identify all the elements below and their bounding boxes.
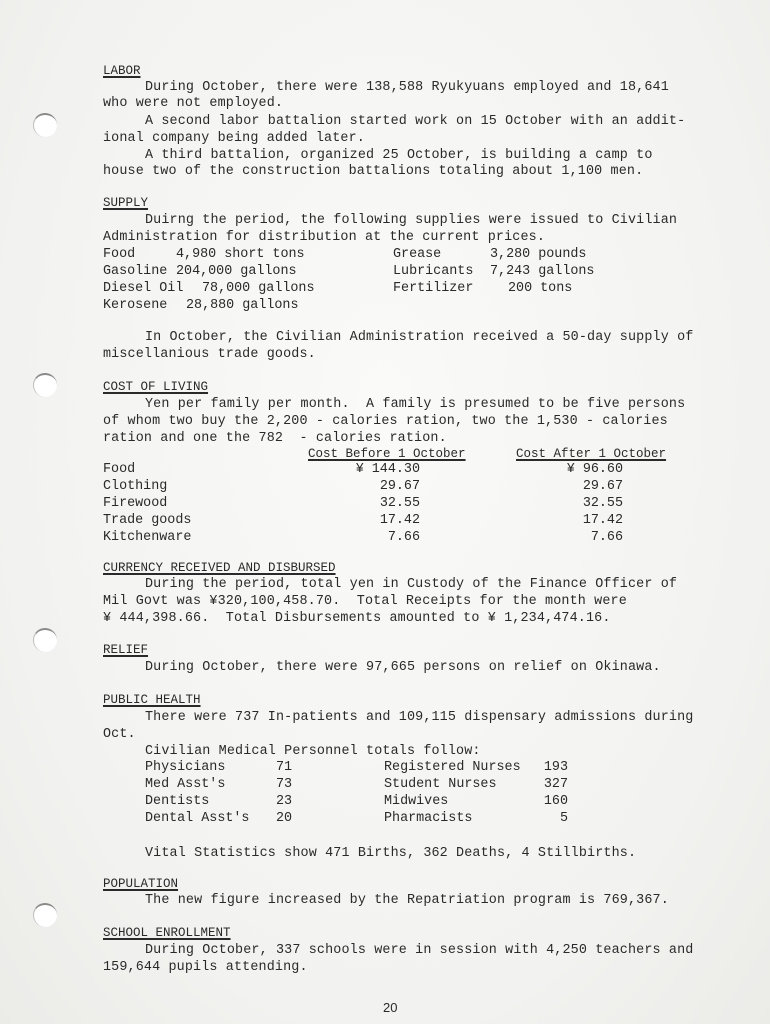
document-page: LABOR During October, there were 138,588… (0, 0, 770, 1024)
labor-line: A third battalion, organized 25 October,… (145, 148, 653, 164)
currency-line: During the period, total yen in Custody … (145, 577, 677, 593)
cost-row-after: 29.67 (510, 479, 623, 495)
supply-item-qty: 204,000 gallons (176, 264, 297, 280)
cost-row-before: 17.42 (310, 513, 420, 529)
cost-row-after: ¥ 96.60 (510, 462, 623, 478)
relief-line: During October, there were 97,665 person… (145, 660, 661, 676)
cost-row-before: 29.67 (310, 479, 420, 495)
supply-item-name: Diesel Oil (103, 281, 183, 297)
supply-item-name: Kerosene (103, 298, 167, 314)
cost-row-before: ¥ 144.30 (310, 462, 420, 478)
labor-line: During October, there were 138,588 Ryuky… (145, 80, 669, 96)
column-header-before: Cost Before 1 October (308, 447, 466, 461)
cost-row-item: Trade goods (103, 513, 191, 529)
supply-item-name: Food (103, 247, 135, 263)
labor-line: who were not employed. (103, 96, 283, 112)
supply-item-qty: 4,980 short tons (176, 247, 305, 263)
punch-hole (33, 903, 57, 927)
cost-row-item: Food (103, 462, 135, 478)
punch-hole (33, 113, 57, 137)
section-heading-population: POPULATION (103, 877, 178, 891)
cost-row-after: 17.42 (510, 513, 623, 529)
supply-item-name: Gasoline (103, 264, 167, 280)
cost-line: of whom two buy the 2,200 - calories rat… (103, 414, 668, 430)
health-line: Civilian Medical Personnel totals follow… (145, 744, 481, 760)
section-heading-labor: LABOR (103, 64, 141, 78)
supply-note-line: In October, the Civilian Administration … (145, 330, 693, 346)
personnel-count: 23 (276, 794, 292, 810)
currency-line: Mil Govt was ¥320,100,458.70. Total Rece… (103, 594, 627, 610)
cost-line: Yen per family per month. A family is pr… (145, 397, 685, 413)
supply-item-name: Fertilizer (393, 281, 473, 297)
personnel-count: 193 (530, 760, 568, 776)
supply-item-qty: 28,880 gallons (186, 298, 299, 314)
personnel-count: 5 (530, 811, 568, 827)
labor-line: ional company being added later. (103, 131, 365, 147)
supply-line: Administration for distribution at the c… (103, 230, 545, 246)
personnel-count: 73 (276, 777, 292, 793)
supply-item-name: Lubricants (393, 264, 473, 280)
personnel-title: Physicians (145, 760, 225, 776)
personnel-title: Student Nurses (384, 777, 497, 793)
personnel-title: Pharmacists (384, 811, 472, 827)
supply-line: Duirng the period, the following supplie… (145, 213, 677, 229)
cost-line: ration and one the 782 - calories ration… (103, 431, 447, 447)
cost-row-item: Firewood (103, 496, 167, 512)
currency-line: ¥ 444,398.66. Total Disbursements amount… (103, 611, 611, 627)
punch-hole (33, 373, 57, 397)
personnel-title: Dental Asst's (145, 811, 249, 827)
personnel-count: 327 (530, 777, 568, 793)
supply-item-qty: 3,280 pounds (490, 247, 586, 263)
personnel-count: 20 (276, 811, 292, 827)
school-line: During October, 337 schools were in sess… (145, 943, 693, 959)
cost-row-after: 7.66 (510, 530, 623, 546)
labor-line: A second labor battalion started work on… (145, 114, 685, 130)
supply-item-qty: 7,243 gallons (490, 264, 594, 280)
page-number: 20 (383, 1000, 397, 1015)
supply-item-qty: 200 tons (508, 281, 572, 297)
cost-row-after: 32.55 (510, 496, 623, 512)
health-line: There were 737 In-patients and 109,115 d… (145, 710, 693, 726)
punch-hole (33, 628, 57, 652)
health-line: Oct. (103, 727, 136, 743)
supply-item-qty: 78,000 gallons (202, 281, 315, 297)
section-heading-relief: RELIEF (103, 643, 148, 657)
supply-item-name: Grease (393, 247, 441, 263)
cost-row-item: Clothing (103, 479, 167, 495)
personnel-title: Midwives (384, 794, 448, 810)
population-line: The new figure increased by the Repatria… (145, 893, 669, 909)
section-heading-cost-of-living: COST OF LIVING (103, 380, 208, 394)
vital-statistics: Vital Statistics show 471 Births, 362 De… (145, 846, 636, 862)
supply-note-line: miscellanious trade goods. (103, 347, 316, 363)
section-heading-school-enrollment: SCHOOL ENROLLMENT (103, 926, 231, 940)
section-heading-currency: CURRENCY RECEIVED AND DISBURSED (103, 561, 336, 575)
personnel-title: Registered Nurses (384, 760, 521, 776)
cost-row-before: 32.55 (310, 496, 420, 512)
school-line: 159,644 pupils attending. (103, 960, 308, 976)
cost-row-item: Kitchenware (103, 530, 191, 546)
personnel-count: 160 (530, 794, 568, 810)
section-heading-public-health: PUBLIC HEALTH (103, 693, 201, 707)
personnel-count: 71 (276, 760, 292, 776)
personnel-title: Dentists (145, 794, 209, 810)
section-heading-supply: SUPPLY (103, 196, 148, 210)
labor-line: house two of the construction battalions… (103, 164, 643, 180)
personnel-title: Med Asst's (145, 777, 225, 793)
column-header-after: Cost After 1 October (516, 447, 666, 461)
cost-row-before: 7.66 (310, 530, 420, 546)
